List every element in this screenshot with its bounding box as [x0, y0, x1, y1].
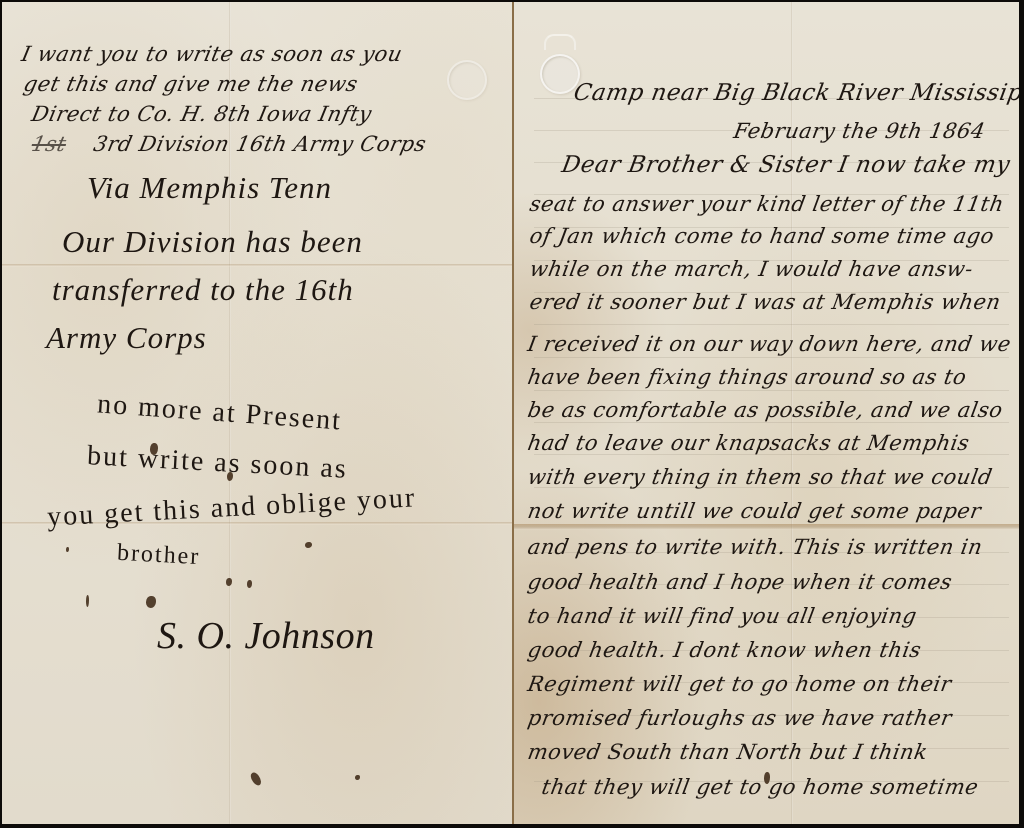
ink-blot — [226, 578, 232, 586]
struck-text: 1st — [29, 132, 68, 156]
ink-blot — [146, 596, 156, 608]
ink-blot — [66, 547, 69, 552]
body-line: ered it sooner but I was at Memphis when — [528, 290, 1003, 314]
body-line: be as comfortable as possible, and we al… — [526, 398, 1005, 422]
body-line: with every thing in them so that we coul… — [526, 465, 994, 489]
body-line: to hand it will find you all enjoying — [526, 604, 919, 628]
body-line: good health. I dont know when this — [526, 638, 923, 662]
note-line: Army Corps — [46, 320, 207, 356]
postscript-line: I want you to write as soon as you — [19, 42, 404, 66]
body-line: had to leave our knapsacks at Memphis — [526, 431, 972, 455]
postscript-line: 3rd Division 16th Army Corps — [91, 132, 428, 156]
body-line: while on the march, I would have answ- — [528, 257, 975, 281]
body-line: seat to answer your kind letter of the 1… — [528, 192, 1006, 216]
ink-blot — [249, 771, 264, 787]
body-line: not write untill we could get some paper — [526, 499, 983, 523]
body-line: Regiment will get to go home on their — [526, 672, 954, 696]
body-line: good health and I hope when it comes — [526, 570, 954, 594]
closing-line: brother — [116, 540, 201, 571]
postscript-line: Direct to Co. H. 8th Iowa Infty — [29, 102, 374, 126]
horizontal-fold-crease — [2, 264, 512, 267]
body-line: of Jan which come to hand some time ago — [528, 224, 996, 248]
letter-date: February the 9th 1864 — [732, 119, 987, 143]
postscript-line: get this and give me the news — [21, 72, 360, 96]
body-line: moved South than North but I think — [526, 740, 930, 764]
closing-line: you get this and oblige your — [46, 482, 417, 533]
left-page: I want you to write as soon as you get t… — [2, 2, 514, 824]
embossed-seal-icon — [447, 60, 487, 100]
closing-line: but write as soon as — [86, 440, 348, 486]
body-line: promised furloughs as we have rather — [526, 706, 954, 730]
ink-blot — [305, 542, 312, 548]
postscript-line: Via Memphis Tenn — [87, 170, 332, 206]
body-line: that they will get to go home sometime — [540, 775, 981, 799]
horizontal-fold-crease — [514, 524, 1019, 530]
note-line: Our Division has been — [62, 224, 363, 260]
note-line: transferred to the 16th — [52, 272, 354, 308]
ink-blot — [86, 595, 89, 607]
letter-place-heading: Camp near Big Black River Mississippi — [572, 80, 1019, 106]
embossed-crown-icon — [544, 34, 576, 50]
right-page: Camp near Big Black River Mississippi Fe… — [514, 2, 1019, 824]
signature: S. O. Johnson — [157, 614, 375, 658]
body-line: have been fixing things around so as to — [526, 365, 969, 389]
body-line: Dear Brother & Sister I now take my — [560, 152, 1012, 178]
ink-blot — [355, 775, 360, 780]
letter-scan: I want you to write as soon as you get t… — [2, 2, 1019, 824]
ink-blot — [247, 580, 252, 588]
closing-line: no more at Present — [96, 388, 343, 437]
body-line: and pens to write with. This is written … — [526, 535, 985, 559]
body-line: I received it on our way down here, and … — [526, 332, 1013, 356]
